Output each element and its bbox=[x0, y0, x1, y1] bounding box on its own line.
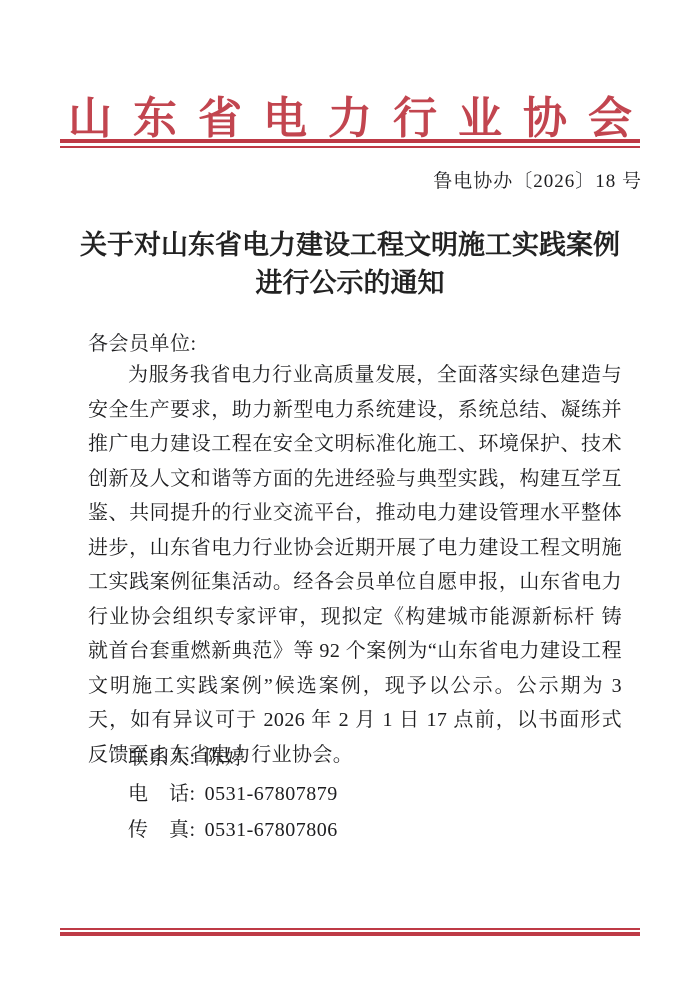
contact-fax-line: 传 真:0531-67807806 bbox=[88, 812, 338, 848]
contact-person-line: 联系人:陈婷 bbox=[88, 740, 338, 776]
org-name-header: 山东省电力行业协会 bbox=[0, 82, 700, 146]
contact-phone-line: 电 话:0531-67807879 bbox=[88, 776, 338, 812]
contact-person-label: 联系人: bbox=[128, 747, 196, 769]
doc-number: 鲁电协办〔2026〕18 号 bbox=[433, 166, 642, 193]
notice-title-line1: 关于对山东省电力建设工程文明施工实践案例 bbox=[0, 226, 700, 264]
contact-phone-value: 0531-67807879 bbox=[205, 783, 338, 805]
document-page: 山东省电力行业协会 鲁电协办〔2026〕18 号 关于对山东省电力建设工程文明施… bbox=[0, 0, 700, 998]
contact-person-value: 陈婷 bbox=[205, 747, 246, 769]
contact-phone-label: 电 话: bbox=[128, 783, 196, 805]
salutation: 各会员单位: bbox=[88, 327, 197, 356]
notice-title: 关于对山东省电力建设工程文明施工实践案例 进行公示的通知 bbox=[0, 226, 700, 302]
contact-fax-label: 传 真: bbox=[128, 819, 196, 841]
notice-title-line2: 进行公示的通知 bbox=[0, 264, 700, 302]
notice-body: 为服务我省电力行业高质量发展，全面落实绿色建造与安全生产要求，助力新型电力系统建… bbox=[88, 358, 622, 772]
header-double-rule bbox=[60, 139, 640, 148]
contact-fax-value: 0531-67807806 bbox=[205, 819, 338, 841]
contact-info: 联系人:陈婷 电 话:0531-67807879 传 真:0531-678078… bbox=[88, 740, 338, 848]
footer-double-rule bbox=[60, 928, 640, 936]
